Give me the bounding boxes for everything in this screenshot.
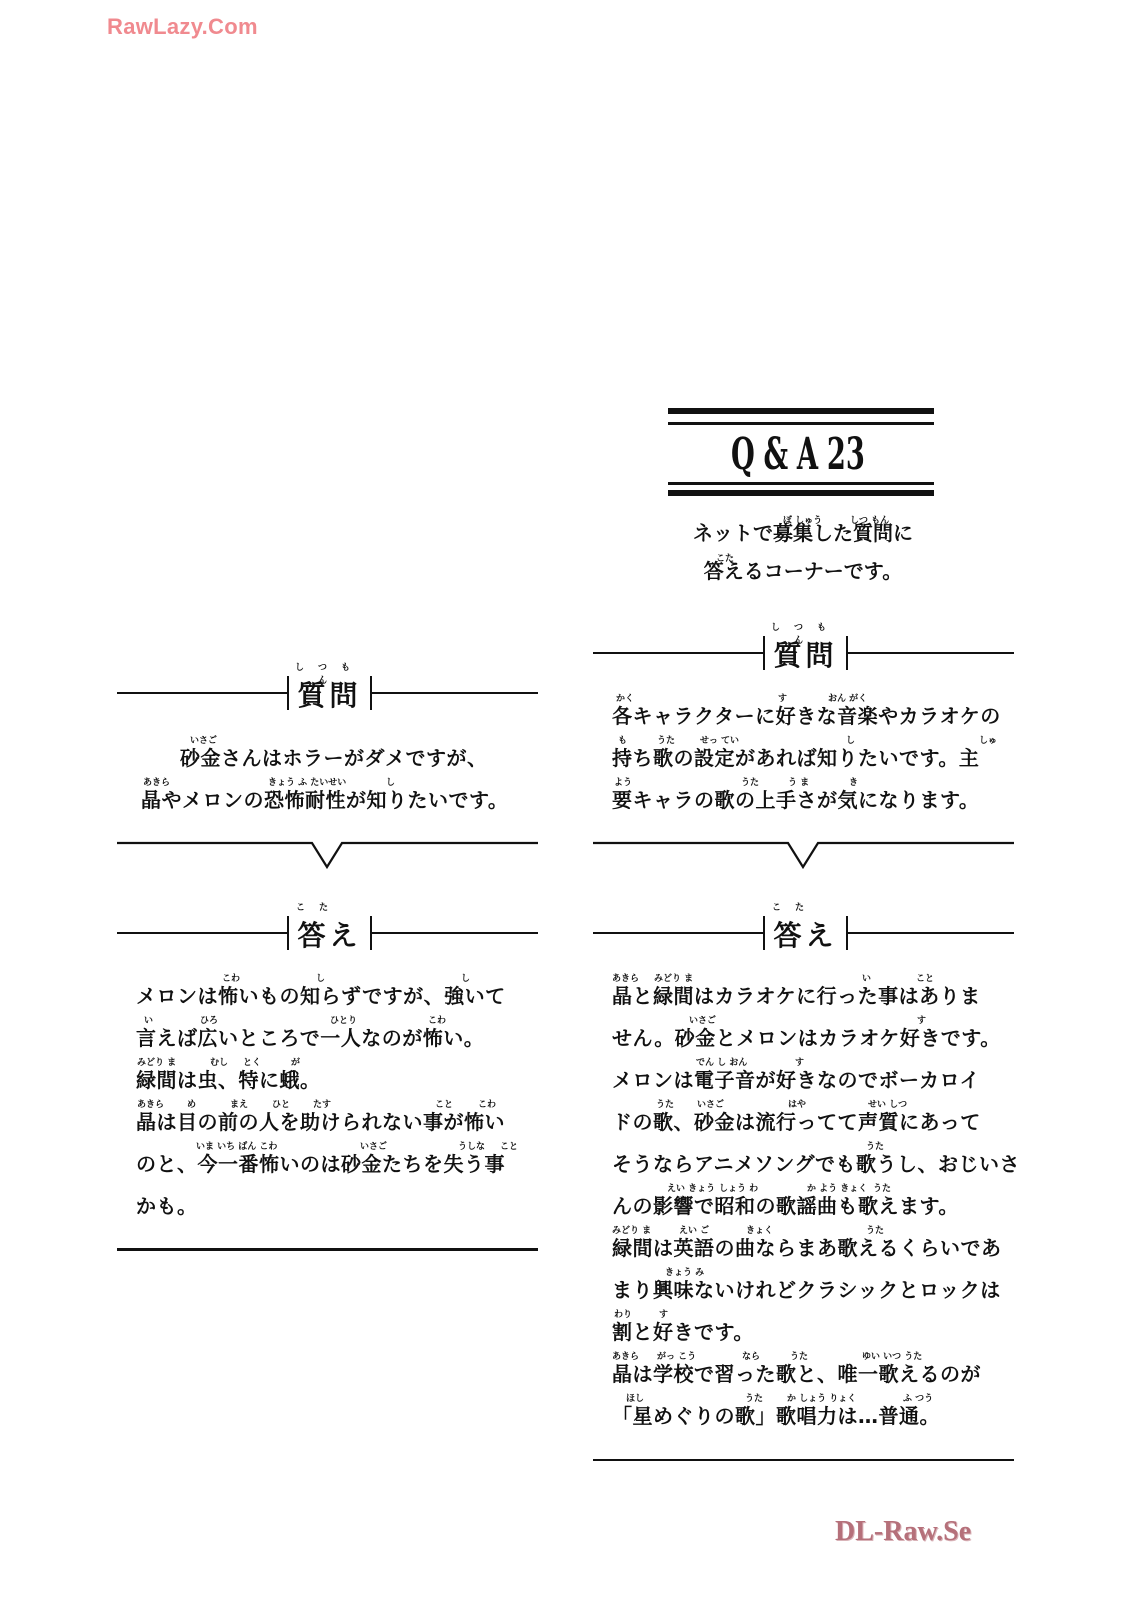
furigana: しゅ [979, 733, 997, 746]
left-question-line-2: 晶やメロンの恐怖耐性が知りたいです。 [141, 784, 508, 813]
right-answer-line-4: ドの歌、砂金は流行ってて声質にあって [612, 1106, 981, 1135]
left-question-line-1: 砂金さんはホラーがダメですが、 [180, 742, 488, 771]
title-rule-thick-bottom [668, 490, 934, 496]
right-qa-divider [593, 840, 1014, 870]
left-answer-line-1: メロンは怖いもの知らずですが、強いて [136, 980, 506, 1009]
header-rule-left [593, 932, 763, 934]
right-question-line-1: 各キャラクターに好きな音楽やカラオケの [612, 700, 1001, 729]
intro-text: ネットで募集した質問に 答えるコーナーです。 [603, 514, 1003, 590]
right-answer-header: こた 答え [593, 908, 1014, 958]
left-answer-line-3: 緑間は虫、特に蛾。 [136, 1064, 321, 1093]
header-rule-right [372, 932, 538, 934]
title-letter-a: A [797, 429, 818, 480]
right-answer-line-9: 割と好きです。 [612, 1316, 754, 1345]
right-answer-line-8: まり興味ないけれどクラシックとロックは [612, 1274, 1001, 1303]
right-answer-line-3: メロンは電子音が好きなのでボーカロイ [612, 1064, 980, 1093]
title-number: 23 [827, 429, 865, 480]
left-answer-header: こた 答え [117, 908, 538, 958]
header-rule-right [848, 652, 1014, 654]
right-answer-line-11: 「星めぐりの歌」歌唱力は…普通。 [612, 1400, 940, 1429]
left-answer-label-ruby: こた [289, 900, 349, 913]
watermark-bottom: DL-Raw.Se [835, 1516, 971, 1548]
right-answer-line-10: 晶は学校で習った歌と、唯一歌えるのが [612, 1358, 981, 1387]
right-answer-line-5: そうならアニメソングでも歌うし、おじいさ [612, 1148, 1020, 1177]
left-bottom-rule [117, 1248, 538, 1251]
divider-notch-icon [593, 840, 1014, 870]
right-answer-label-ruby: こた [765, 900, 825, 913]
intro-line-2: 答えるコーナーです。 [603, 552, 1003, 590]
header-rule-left [117, 932, 287, 934]
right-question-header: しつもん 質問 [593, 628, 1014, 678]
title-letter-q: Q [731, 429, 755, 480]
right-answer-line-7: 緑間は英語の曲ならまあ歌えるくらいであ [612, 1232, 1002, 1261]
watermark-top: RawLazy.Com [107, 14, 258, 40]
header-rule-right [848, 932, 1014, 934]
left-qa-divider [117, 840, 538, 870]
title-rule-thick-top [668, 408, 934, 414]
right-bottom-rule [593, 1459, 1014, 1461]
left-question-label: 質問 [289, 674, 370, 714]
qa-title-box: Q & A 23 [668, 408, 934, 496]
right-answer-line-2: せん。砂金とメロンはカラオケ好きです。 [612, 1022, 1001, 1051]
left-question-header: しつもん 質問 [117, 668, 538, 718]
left-answer-line-5: のと、今一番怖いのは砂金たちを失う事 [136, 1148, 505, 1177]
header-rule-right [372, 692, 538, 694]
title-rule-thin-top [668, 422, 934, 425]
header-rule-left [117, 692, 287, 694]
right-question-line-3: 要キャラの歌の上手さが気になります。 [612, 784, 979, 813]
right-answer-line-6: んの影響で昭和の歌謡曲も歌えます。 [612, 1190, 959, 1219]
right-question-label: 質問 [765, 634, 846, 674]
right-answer-label: 答え [765, 914, 846, 954]
title-letter-amp: & [763, 429, 788, 480]
left-answer-label: 答え [289, 914, 370, 954]
divider-notch-icon [117, 840, 538, 870]
left-answer-line-2: 言えば広いところで一人なのが怖い。 [136, 1022, 484, 1051]
title-rule-thin-bottom [668, 482, 934, 485]
left-answer-line-4: 晶は目の前の人を助けられない事が怖い [136, 1106, 505, 1135]
header-rule-left [593, 652, 763, 654]
right-answer-line-1: 晶と緑間はカラオケに行った事はありま [612, 980, 981, 1009]
qa-title: Q & A 23 [719, 430, 884, 478]
intro-line-1: ネットで募集した質問に [603, 514, 1003, 552]
left-answer-line-6: かも。 [136, 1190, 198, 1219]
right-question-line-2: 持ち歌の設定があれば知りたいです。主 [612, 742, 979, 771]
